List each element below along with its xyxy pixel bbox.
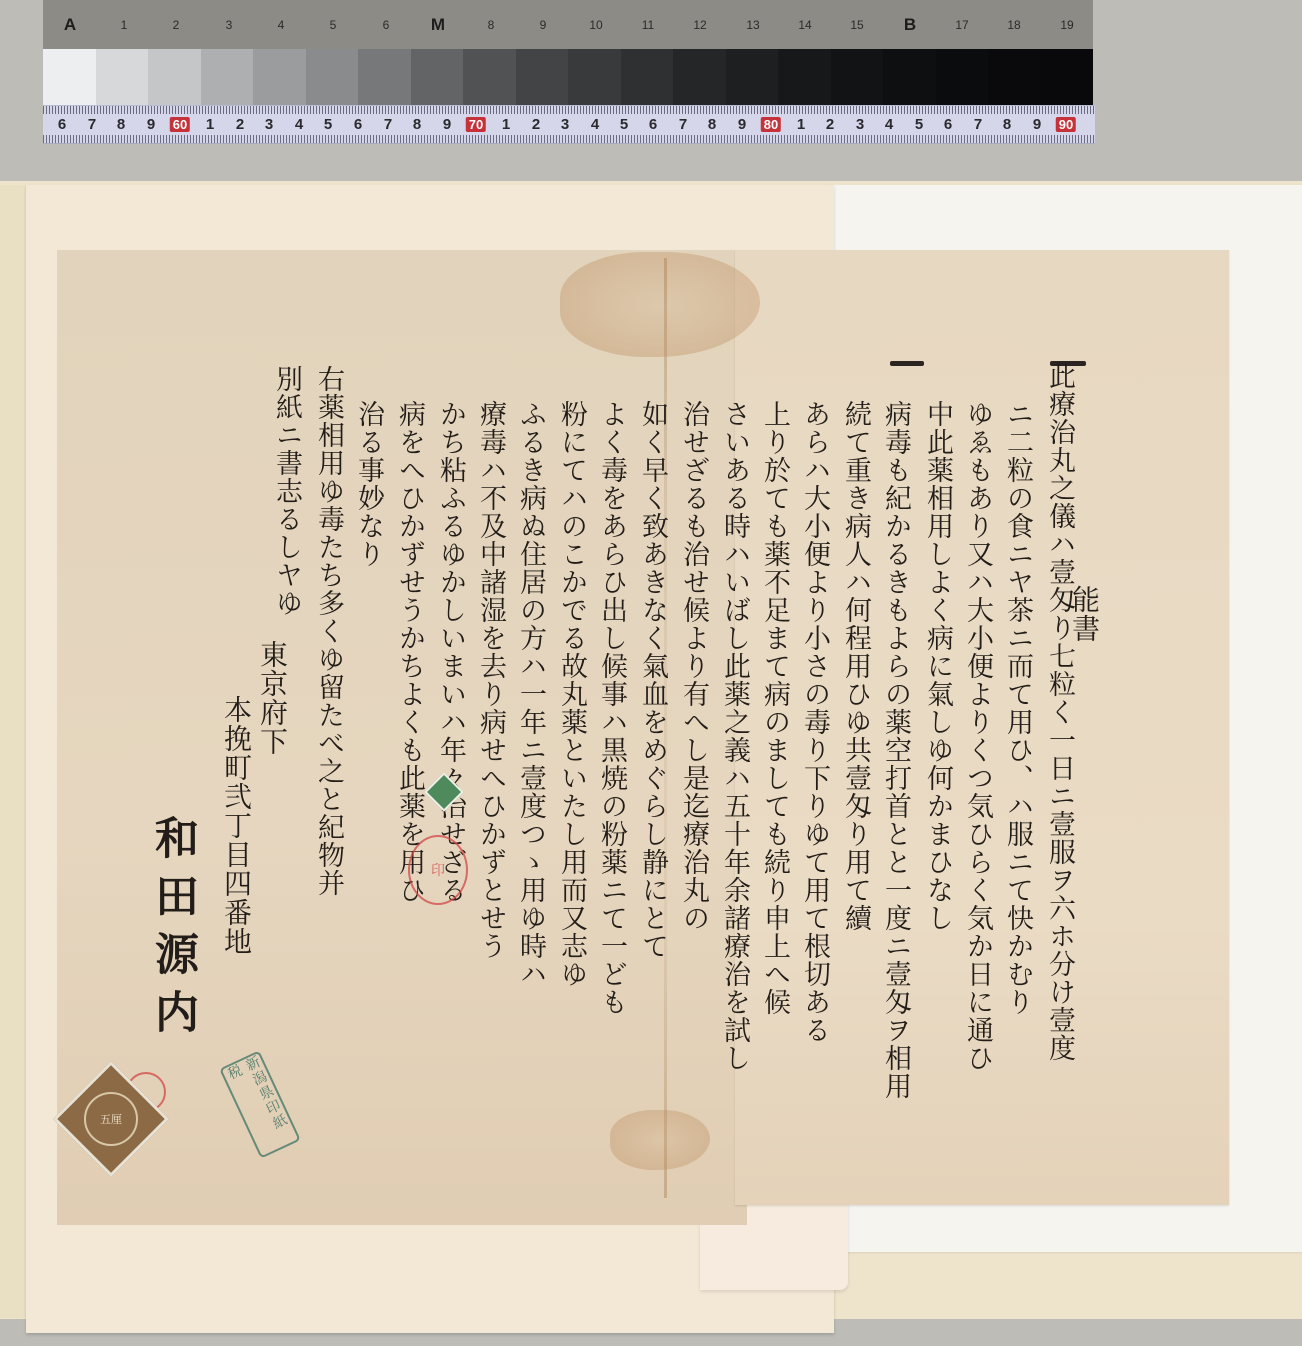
gray-card-label: 10 — [589, 18, 602, 32]
text-column-c12: よく毒をあらひ出し候事ハ黒焼の粉薬ニて一ども — [598, 400, 625, 1016]
text-column-c16: かち粘ふるゆかしいまいハ年々治せざる — [437, 400, 464, 904]
ruler-number: 4 — [591, 116, 599, 133]
ruler-number: 6 — [354, 116, 362, 133]
text-column-c17: 病をへひかずせうかちよくも此薬を用ひ — [396, 400, 423, 904]
text-column-c7: あらハ大小便より小さの毒り下りゆて用て根切ある — [801, 400, 828, 1044]
gray-patch — [148, 49, 201, 105]
text-column-c9: さいある時ハいばし此薬之義ハ五十年余諸療治を試し — [721, 400, 748, 1072]
ruler-number: 9 — [147, 116, 155, 133]
text-column-c5: 病毒も紀かるきもよらの薬空打首とと一度ニ壹匁ヲ相用 — [882, 400, 909, 1100]
text-column-c10: 治せざるも治せ候より有へし是迄療治丸の — [680, 400, 707, 932]
ruler-number: 7 — [679, 116, 687, 133]
text-column-c6: 続て重き病人ハ何程用ひゆ共壹匁り用て續 — [842, 400, 869, 932]
gray-patch — [411, 49, 464, 105]
ruler-number: 7 — [384, 116, 392, 133]
ruler-number: 3 — [561, 116, 569, 133]
gray-card-label: M — [431, 15, 445, 35]
gray-patch — [96, 49, 149, 105]
color-calibration-gray-card: A123456M89101112131415B171819 — [43, 0, 1093, 49]
postage-denomination-text: 五厘 — [100, 1111, 122, 1127]
measurement-ruler: 678960123456789701234567898012345678990 — [43, 105, 1095, 144]
text-column-c4: 中此薬相用しよく病に氣しゆ何かまひなし — [924, 400, 951, 932]
gray-patch — [568, 49, 621, 105]
gray-card-label: 3 — [226, 18, 233, 32]
ruler-number: 1 — [797, 116, 805, 133]
ruler-number: 8 — [117, 116, 125, 133]
gray-patch — [253, 49, 306, 105]
ruler-number: 7 — [974, 116, 982, 133]
ruler-number: 1 — [206, 116, 214, 133]
gray-patch — [306, 49, 359, 105]
grayscale-patches — [43, 49, 1093, 105]
text-column-c20: 別紙ニ書志るしヤゆ — [273, 365, 300, 617]
gray-patch — [778, 49, 831, 105]
ruler-number: 9 — [443, 116, 451, 133]
ruler-number: 2 — [826, 116, 834, 133]
ruler-ticks-top — [43, 106, 1095, 114]
ruler-number: 6 — [944, 116, 952, 133]
gray-patch — [936, 49, 989, 105]
ruler-number: 8 — [1003, 116, 1011, 133]
gray-patch — [883, 49, 936, 105]
gray-card-label: 4 — [278, 18, 285, 32]
seller-name-signature: 和田源内 — [150, 815, 194, 1047]
gray-card-label: 17 — [955, 18, 968, 32]
gray-patch — [673, 49, 726, 105]
gray-card-label: 11 — [642, 18, 654, 32]
gray-card-label: 13 — [746, 18, 759, 32]
red-seal-text: 印 — [431, 860, 445, 880]
text-column-c8: 上り於ても薬不足まて病のましても続り申上へ候 — [761, 400, 788, 1016]
ruler-number: 7 — [88, 116, 96, 133]
gray-card-label: 18 — [1007, 18, 1020, 32]
ruler-number: 6 — [649, 116, 657, 133]
ruler-number: 9 — [738, 116, 746, 133]
gray-patch — [463, 49, 516, 105]
gray-patch — [358, 49, 411, 105]
gray-card-label: B — [904, 15, 916, 35]
ruler-decade-label: 70 — [466, 117, 486, 132]
postage-chrysanthemum-emblem: 五厘 — [84, 1092, 138, 1146]
gray-card-label: 2 — [173, 18, 180, 32]
ruler-decade-label: 60 — [170, 117, 190, 132]
gray-card-label: 6 — [383, 18, 390, 32]
ruler-number: 9 — [1033, 116, 1041, 133]
gray-card-label: A — [64, 15, 76, 35]
text-column-c1: 此療治丸之儀ハ壹匁り七粒く一日ニ壹服ヲ六ホ分け壹度 — [1046, 362, 1073, 1062]
gray-patch — [516, 49, 569, 105]
gray-card-label: 12 — [693, 18, 706, 32]
backing-board-left-edge — [0, 185, 26, 1318]
ruler-number: 5 — [915, 116, 923, 133]
seller-address-line1: 東京府下 — [258, 640, 286, 756]
ruler-number: 4 — [885, 116, 893, 133]
ruler-decade-label: 90 — [1056, 117, 1076, 132]
gray-patch — [726, 49, 779, 105]
gray-patch — [43, 49, 96, 105]
gray-patch — [988, 49, 1041, 105]
ruler-number: 2 — [532, 116, 540, 133]
text-column-c2: ニ二粒の食ニヤ茶ニ而て用ひ、ハ服ニて快かむり — [1004, 400, 1031, 1016]
gray-patch — [831, 49, 884, 105]
gray-patch — [201, 49, 254, 105]
ruler-number: 8 — [708, 116, 716, 133]
ruler-decade-label: 80 — [761, 117, 781, 132]
gray-card-label: 5 — [330, 18, 337, 32]
ruler-number: 5 — [620, 116, 628, 133]
gray-card-label: 9 — [540, 18, 547, 32]
ruler-number: 6 — [58, 116, 66, 133]
ruler-number: 3 — [265, 116, 273, 133]
text-column-c11: 如く早く致あきなく氣血をめぐらし静にとて — [639, 400, 666, 960]
red-seal-mid: 印 — [408, 835, 468, 905]
ruler-number: 8 — [413, 116, 421, 133]
gray-patch — [621, 49, 674, 105]
text-column-c14: ふるき病ぬ住居の方ハ一年ニ壹度つゝ用ゆ時ハ — [517, 400, 544, 988]
gray-patch — [1041, 49, 1094, 105]
gray-card-label: 14 — [798, 18, 811, 32]
ruler-ticks-bottom — [43, 135, 1095, 143]
text-column-c18: 治る事妙なり — [355, 400, 382, 568]
gray-card-label: 1 — [121, 18, 128, 32]
ruler-number: 2 — [236, 116, 244, 133]
text-column-c19: 右薬相用ゆ毒たち多くゆ留たべ之と紀物并 — [315, 365, 342, 897]
ruler-number: 1 — [502, 116, 510, 133]
ruler-number: 5 — [324, 116, 332, 133]
item-mark-2 — [890, 361, 924, 366]
gray-card-label: 19 — [1060, 18, 1073, 32]
text-column-c13: 粉にてハのこかでる故丸薬といたし用而又志ゆ — [558, 400, 585, 988]
gray-card-label: 8 — [488, 18, 495, 32]
ruler-number: 3 — [856, 116, 864, 133]
ruler-number: 4 — [295, 116, 303, 133]
text-column-c3: ゆゑもあり又ハ大小便よりくつ気ひらく気か日に通ひ — [964, 400, 991, 1072]
gray-card-label: 15 — [850, 18, 863, 32]
seller-address-line2: 本挽町弐丁目四番地 — [222, 695, 250, 956]
text-column-c15: 療毒ハ不及中諸湿を去り病せへひかずとせう — [477, 400, 504, 960]
